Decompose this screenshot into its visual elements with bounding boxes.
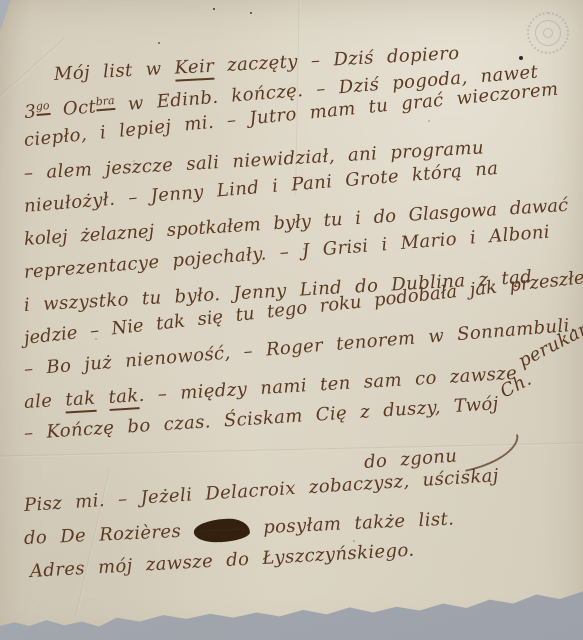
paper-specks <box>213 8 215 10</box>
letter-text-segment: bra <box>95 94 115 111</box>
letter-text-segment <box>95 387 109 409</box>
letter-text-segment: tak <box>65 388 96 414</box>
crossed-out-word: –––––– <box>194 518 251 544</box>
letter-paper: Mój list w Keir zaczęty – Dziś dopiero3g… <box>0 0 583 640</box>
letter-text-segment: ale <box>23 390 66 413</box>
letter-text-segment: tak <box>108 385 139 411</box>
letter-text-segment: do De Rozières <box>24 520 195 549</box>
letter-body: Mój list w Keir zaczęty – Dziś dopiero3g… <box>24 58 577 588</box>
letter-text-segment: go <box>35 99 50 116</box>
photo-backdrop: Mój list w Keir zaczęty – Dziś dopiero3g… <box>0 0 583 640</box>
